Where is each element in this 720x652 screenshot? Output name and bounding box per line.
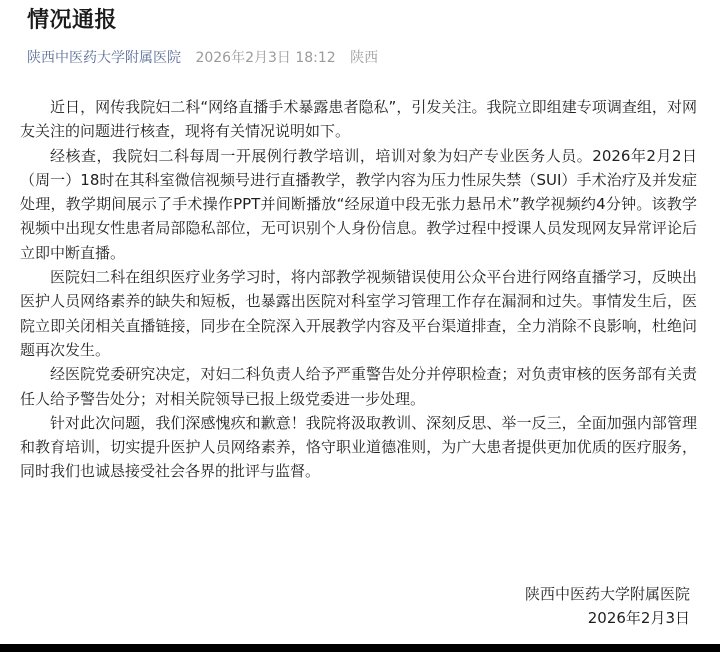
signature-organization: 陕西中医药大学附属医院: [525, 582, 690, 606]
article-meta: 陕西中医药大学附属医院 2026年2月3日 18:12 陕西: [27, 48, 378, 68]
article-title: 情况通报: [27, 6, 117, 36]
source-account-link[interactable]: 陕西中医药大学附属医院: [27, 50, 181, 66]
bottom-edge-bar: [0, 644, 720, 652]
signature-block: 陕西中医药大学附属医院 2026年2月3日: [525, 582, 690, 630]
publish-region: 陕西: [350, 50, 378, 66]
article-page: 情况通报 陕西中医药大学附属医院 2026年2月3日 18:12 陕西 近日，网…: [0, 0, 720, 644]
article-body: 近日，网传我院妇二科“网络直播手术暴露患者隐私”，引发关注。我院立即组建专项调查…: [20, 95, 697, 484]
paragraph-apology: 针对此次问题，我们深感愧疚和歉意！我院将汲取教训、深刻反思、举一反三，全面加强内…: [20, 411, 697, 484]
paragraph-intro: 近日，网传我院妇二科“网络直播手术暴露患者隐私”，引发关注。我院立即组建专项调查…: [20, 95, 697, 144]
paragraph-discipline: 经医院党委研究决定，对妇二科负责人给予严重警告处分并停职检查；对负责审核的医务部…: [20, 362, 697, 411]
signature-date: 2026年2月3日: [525, 606, 690, 630]
paragraph-findings: 经核查，我院妇二科每周一开展例行教学培训，培训对象为妇产专业医务人员。2026年…: [20, 144, 697, 265]
paragraph-analysis: 医院妇二科在组织医疗业务学习时，将内部教学视频错误使用公众平台进行网络直播学习，…: [20, 265, 697, 362]
publish-time: 2026年2月3日 18:12: [195, 50, 335, 66]
